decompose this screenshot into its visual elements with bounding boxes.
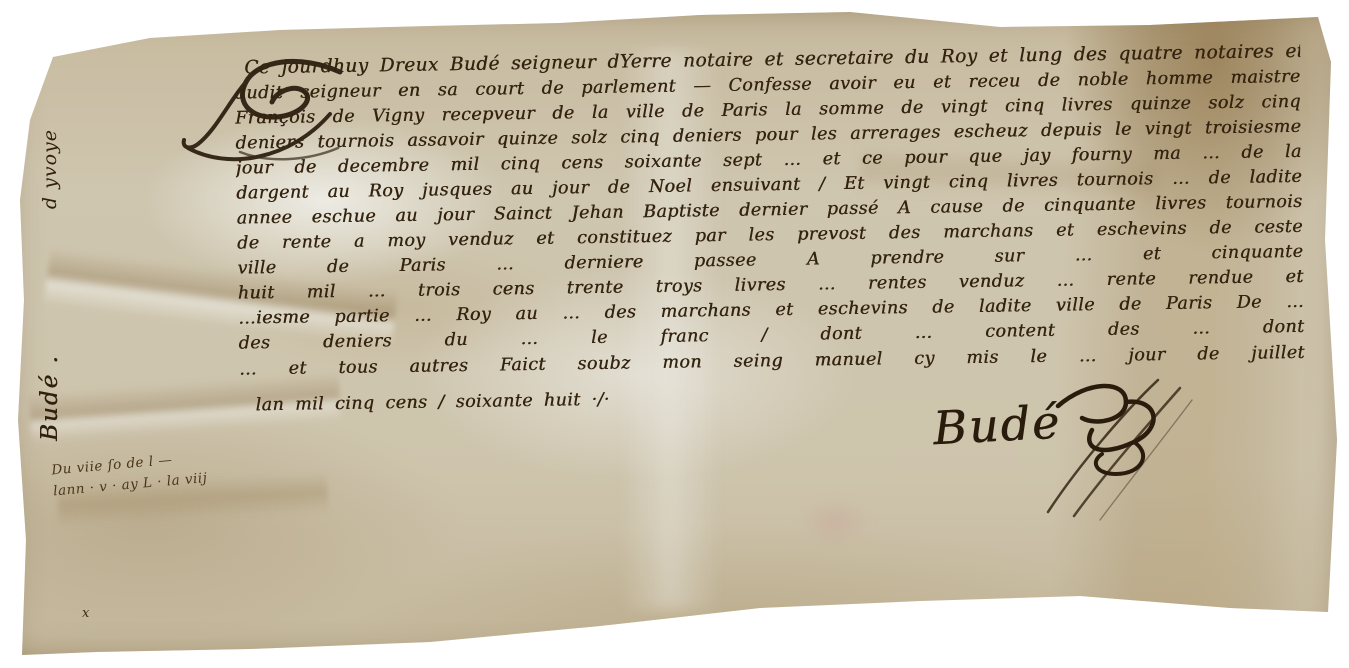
margin-note-name: Budé . [37, 354, 63, 441]
parchment-stain [800, 500, 870, 544]
manuscript-dateline: lan mil cinq cens / soixante huit ·/· [255, 390, 610, 416]
manuscript-photo: Ce jourdhuy Dreux Budé seigneur dYerre n… [0, 0, 1349, 668]
corner-x-mark: x [82, 606, 89, 621]
left-margin-vertical-note: Budé . d yvoye [33, 129, 67, 441]
signature-paraph-flourish [1030, 368, 1200, 523]
margin-note-place: d yvoye [39, 129, 61, 209]
parchment-sheet: Ce jourdhuy Dreux Budé seigneur dYerre n… [0, 0, 1349, 668]
